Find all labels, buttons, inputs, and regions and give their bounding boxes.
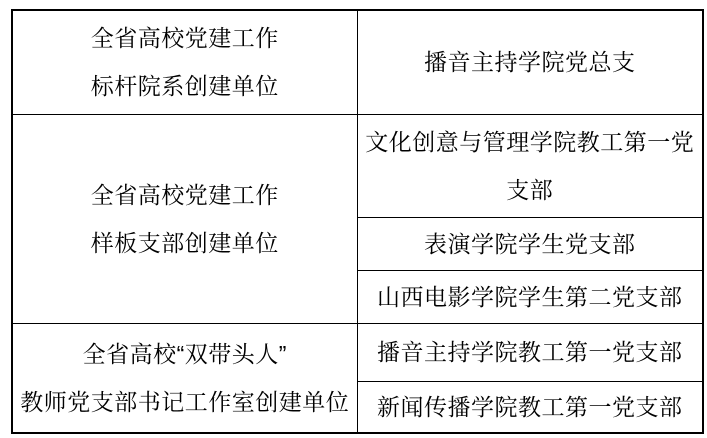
- unit-line: 播音主持学院党总支: [424, 38, 636, 86]
- unit-cell: 播音主持学院党总支: [357, 10, 703, 114]
- table-row: 全省高校“双带头人” 教师党支部书记工作室创建单位 播音主持学院教工第一党支部: [12, 323, 703, 381]
- unit-line: 表演学院学生党支部: [424, 220, 636, 268]
- category-line: 样板支部创建单位: [91, 219, 279, 267]
- unit-line: 播音主持学院教工第一党支部: [377, 328, 683, 376]
- awards-table: 全省高校党建工作 标杆院系创建单位 播音主持学院党总支 全省高校党建工作 样板支…: [11, 9, 704, 434]
- unit-line: 支部: [506, 166, 553, 214]
- unit-cell: 播音主持学院教工第一党支部: [357, 323, 703, 381]
- unit-cell: 文化创意与管理学院教工第一党 支部: [357, 114, 703, 217]
- unit-line: 新闻传播学院教工第一党支部: [377, 383, 683, 431]
- category-cell: 全省高校“双带头人” 教师党支部书记工作室创建单位: [12, 323, 357, 433]
- unit-cell: 表演学院学生党支部: [357, 217, 703, 270]
- category-line: 全省高校党建工作: [91, 14, 279, 62]
- unit-line: 文化创意与管理学院教工第一党: [365, 118, 694, 166]
- table-row: 全省高校党建工作 样板支部创建单位 文化创意与管理学院教工第一党 支部: [12, 114, 703, 217]
- category-line: 教师党支部书记工作室创建单位: [20, 378, 349, 426]
- category-cell: 全省高校党建工作 标杆院系创建单位: [12, 10, 357, 114]
- unit-line: 山西电影学院学生第二党支部: [377, 273, 683, 321]
- unit-cell: 山西电影学院学生第二党支部: [357, 270, 703, 323]
- category-line: 全省高校党建工作: [91, 171, 279, 219]
- page: 全省高校党建工作 标杆院系创建单位 播音主持学院党总支 全省高校党建工作 样板支…: [0, 0, 707, 438]
- category-line: 标杆院系创建单位: [91, 62, 279, 110]
- unit-cell: 新闻传播学院教工第一党支部: [357, 381, 703, 433]
- table-row: 全省高校党建工作 标杆院系创建单位 播音主持学院党总支: [12, 10, 703, 114]
- category-cell: 全省高校党建工作 样板支部创建单位: [12, 114, 357, 323]
- category-line: 全省高校“双带头人”: [83, 330, 287, 378]
